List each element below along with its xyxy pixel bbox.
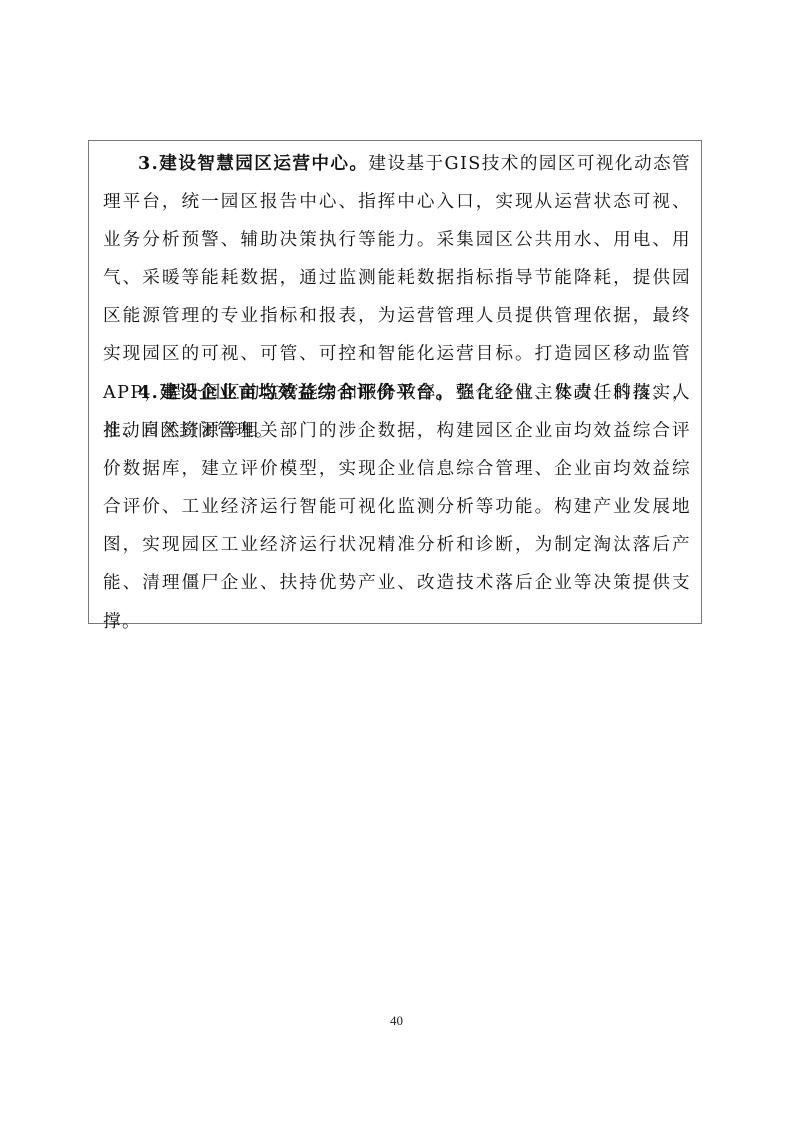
paragraph-per-mu-benefit-platform: 4.建设企业亩均效益综合评价平台。整合经信、发改、科技、人社、自然资源等相关部门… — [103, 374, 691, 641]
content-box: 3.建设智慧园区运营中心。建设基于GIS技术的园区可视化动态管理平台，统一园区报… — [88, 140, 702, 624]
section-heading: 3.建设智慧园区运营中心。 — [138, 153, 368, 174]
page-number: 40 — [0, 1013, 793, 1029]
section-body: 整合经信、发改、科技、人社、自然资源等相关部门的涉企数据，构建园区企业亩均效益综… — [103, 383, 691, 632]
section-heading: 4.建设企业亩均效益综合评价平台。 — [138, 382, 455, 403]
